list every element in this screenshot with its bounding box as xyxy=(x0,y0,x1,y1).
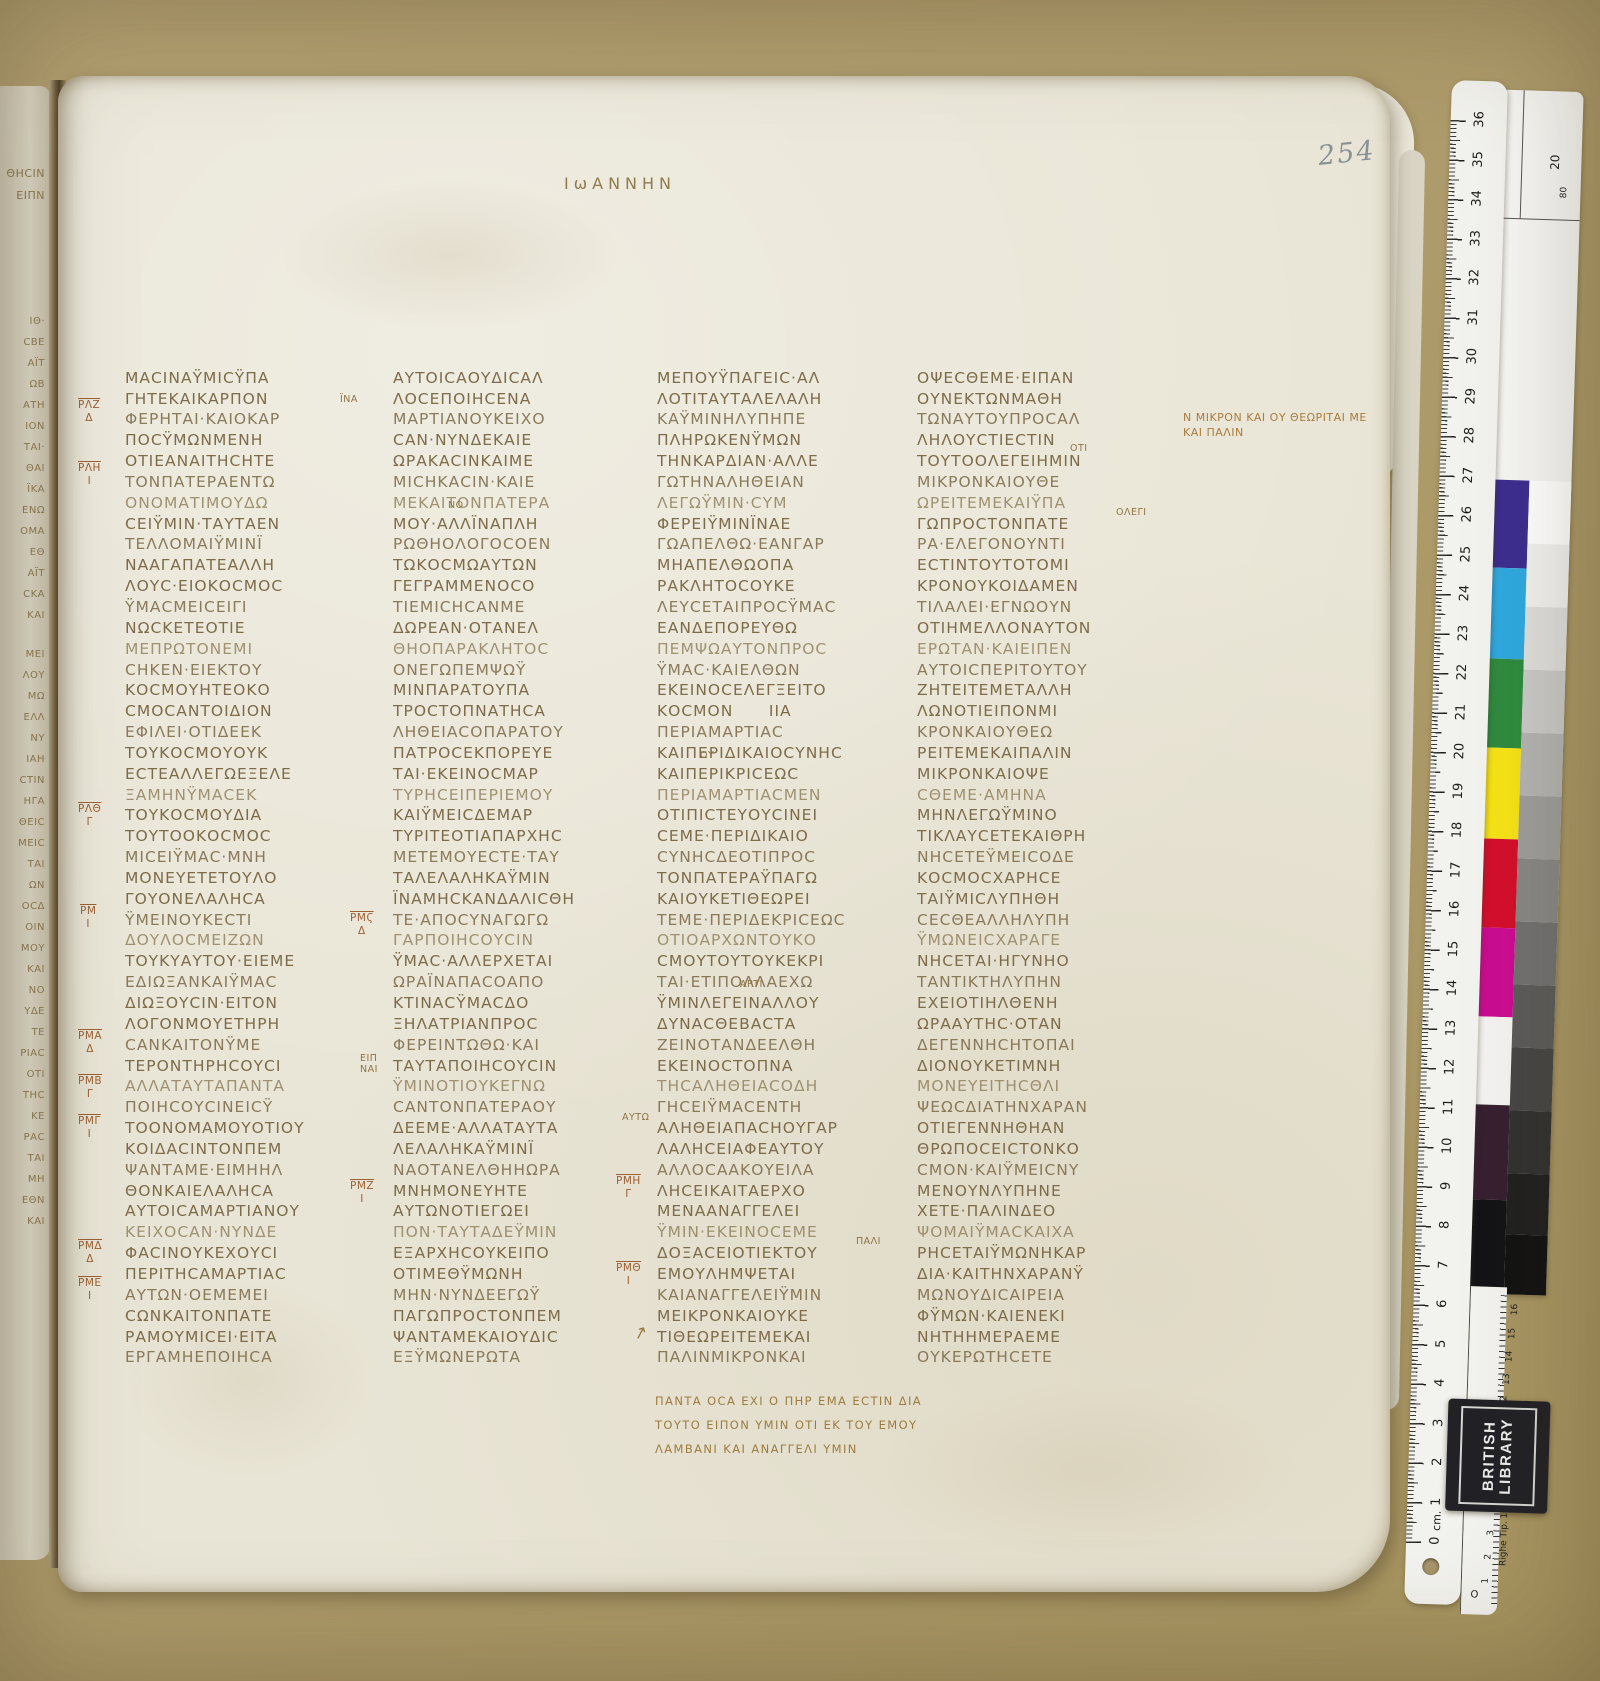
eusebian-section-number: ΡΜΑ Δ xyxy=(78,1030,102,1056)
text-line: ΟΥΝΕΚΤΩΝΜΑΘΗ xyxy=(917,389,1159,410)
text-line: ΜΟΥ·ΑΛΛΪΝΑΠΛΗ xyxy=(393,514,635,535)
text-line: ΟΤΙΟΑΡΧΩΝΤΟΥΚΟ xyxy=(657,930,899,951)
text-line: ΤΙΕΜΙϹΗϹΑΝΜΕ xyxy=(393,597,635,618)
facing-page-text-fragment: ΤΑΙ xyxy=(0,1154,45,1164)
facing-page-text-fragment: ΘΕΙϹ xyxy=(0,818,45,828)
text-line: ΞΑΜΗΝΫΜΑϹΕΚ xyxy=(125,785,367,806)
text-line: ΡΕΙΤΕΜΕΚΑΙΠΑΛΙΝ xyxy=(917,743,1159,764)
facing-page-text-fragment: ΜΗ xyxy=(0,1175,45,1185)
text-line: ΤΕΜΕ·ΠΕΡΙΔΕΚΡΙϹΕΩϹ xyxy=(657,910,899,931)
text-line: ΑΛΗΘΕΙΑΠΑϹΗΟΥΓΑΡ xyxy=(657,1118,899,1139)
text-line: ΚΟϹΜΟΥΗΤΕΟΚΟ xyxy=(125,680,367,701)
ruler-number: 30 xyxy=(1464,343,1480,369)
text-line: ΔΕΓΕΝΝΗϹΗΤΟΠΑΙ xyxy=(917,1035,1159,1056)
text-line: ΑΛΛΟϹΑΑΚΟΥΕΙΛΑ xyxy=(657,1160,899,1181)
ruler-number: 11 xyxy=(1441,1093,1457,1119)
ruler-number: 36 xyxy=(1472,106,1488,132)
text-line: ΟΝΕΓΩΠΕΜΨΩΫ xyxy=(393,660,635,681)
ruler-number: 13 xyxy=(1443,1014,1459,1040)
facing-page-text-fragment: ΚΑΙ xyxy=(0,1217,45,1227)
text-line: ΫΜΕΙΝΟΥΚΕϹΤΙ xyxy=(125,910,367,931)
scribal-correction: ΑΥΤΩ xyxy=(622,1112,649,1123)
ruler-number: 2 xyxy=(1430,1449,1446,1475)
eusebian-section-number: ΡΛΘ Γ xyxy=(78,803,101,829)
text-line: ΕΚΕΙΝΟϹΕΛΕΓΞΕΙΤΟ xyxy=(657,680,899,701)
eusebian-section-number: ΡΜϚ Δ xyxy=(350,912,374,938)
text-line: ΜΟΝΕΥΕΙΤΗϹΘΛΙ xyxy=(917,1076,1159,1097)
text-line: ΜΝΗΜΟΝΕΥΗΤΕ xyxy=(393,1181,635,1202)
text-line: ΫΜΙΝΟΤΙΟΥΚΕΓΝΩ xyxy=(393,1076,635,1097)
text-line: ΜΩΝΟΥΔΙϹΑΙΡΕΙΑ xyxy=(917,1285,1159,1306)
text-line: ΟΤΙΕΓΕΝΝΗΘΗΑΝ xyxy=(917,1118,1159,1139)
text-line: ΪΝΑΜΗϹΚΑΝΔΑΛΙϹΘΗ xyxy=(393,889,635,910)
ruler-number: 10 xyxy=(1440,1133,1456,1159)
facing-page-text-fragment: ΤΗϹ xyxy=(0,1091,45,1101)
ruler-number: 17 xyxy=(1448,856,1464,882)
eusebian-section-number: ΡΜΕ Ι xyxy=(78,1277,102,1303)
text-line: ΤΥΡΗϹΕΙΠΕΡΙΕΜΟΥ xyxy=(393,785,635,806)
facing-page-text-fragment: ΩΝ xyxy=(0,881,45,891)
text-line: ΛΗΛΟΥϹΤΙΕϹΤΙΝ xyxy=(917,430,1159,451)
scribal-correction: ΕΙΠ ΝΑΙ xyxy=(360,1053,378,1075)
text-line: ΤΟΥΚΥΑΥΤΟΥ·ΕΙΕΜΕ xyxy=(125,951,367,972)
text-line: ΛΗϹΕΙΚΑΙΤΑΕΡΧΟ xyxy=(657,1181,899,1202)
text-line: ΤΟΝΠΑΤΕΡΑΫΠΑΓΩ xyxy=(657,868,899,889)
text-line: ϹΗΚΕΝ·ΕΙΕΚΤΟΥ xyxy=(125,660,367,681)
text-line: ΓΩΑΠΕΛΘΩ·ΕΑΝΓΑΡ xyxy=(657,534,899,555)
text-line: ΜΕΝΑΑΝΑΓΓΕΛΕΙ xyxy=(657,1201,899,1222)
gray-step xyxy=(1522,670,1566,734)
facing-page-text-fragment: ΟΜΑ xyxy=(0,527,45,537)
text-line: ΝΗϹΕΤΑΙ·ΗΓΥΝΗΟ xyxy=(917,951,1159,972)
ruler-number: 15 xyxy=(1446,935,1462,961)
text-line: ΖΕΙΝΟΤΑΝΔΕΕΛΘΗ xyxy=(657,1035,899,1056)
text-line: ΡΩΘΗΟΛΟΓΟϹΟΕΝ xyxy=(393,534,635,555)
gray-step xyxy=(1512,984,1556,1048)
righe-scale-number: 14 xyxy=(1504,1351,1514,1363)
text-line: ΜΕΙΚΡΟΝΚΑΙΟΥΚΕ xyxy=(657,1306,899,1327)
text-line: ΚΤΙΝΑϹΫΜΑϹΔΟ xyxy=(393,993,635,1014)
facing-page-text-fragment: ΗΓΑ xyxy=(0,797,45,807)
text-line: ΤΕΡΟΝΤΗΡΗϹΟΥϹΙ xyxy=(125,1056,367,1077)
ruler-number: 19 xyxy=(1451,777,1467,803)
facing-page-text-fragment: ΙΘ· xyxy=(0,317,45,327)
text-column-3: ΜΕΠΟΥΫΠΑΓΕΙϹ·ΑΛΛΟΤΙΤΑΥΤΑΛΕΛΑΛΗΚΑΫΜΙΝΗΛΥΠ… xyxy=(657,326,899,1368)
facing-page-text-fragment: ΡΑϹ xyxy=(0,1133,45,1143)
facing-page-text-fragment: ϹΤΙΝ xyxy=(0,776,45,786)
facing-page-text-fragment: ΕΘΝ xyxy=(0,1196,45,1206)
ruler-number: 22 xyxy=(1455,659,1471,685)
text-line: ΛΟΓΟΝΜΟΥΕΤΗΡΗ xyxy=(125,1014,367,1035)
facing-page-text-fragment: ΪΚΑ xyxy=(0,485,45,495)
ruler-number: 25 xyxy=(1458,540,1474,566)
photographic-scale: 20 80 3635343332313029282726252423222120… xyxy=(1403,80,1600,1629)
text-line: ΘΟΝΚΑΙΕΛΑΛΗϹΑ xyxy=(125,1181,367,1202)
text-line: ΑΥΤΟΙϹΠΕΡΙΤΟΥΤΟΥ xyxy=(917,660,1159,681)
eusebian-section-number: ΡΜΖ Ι xyxy=(350,1180,374,1206)
eusebian-section-number: ΡΛΖ Δ xyxy=(78,399,100,425)
text-line: ϹΑΝΤΟΝΠΑΤΕΡΑΟΥ xyxy=(393,1097,635,1118)
text-line: ΚΟϹΜΟϹΧΑΡΗϹΕ xyxy=(917,868,1159,889)
righe-scale-number: 2 xyxy=(1483,1554,1493,1560)
text-line: ΤΩΝΑΥΤΟΥΠΡΟϹΑΛ xyxy=(917,409,1159,430)
scribal-correction: ΟΤΙ xyxy=(1070,443,1088,454)
gray-step xyxy=(1524,607,1568,671)
text-line: ΜΙΚΡΟΝΚΑΙΟΥΘΕ xyxy=(917,472,1159,493)
facing-page-text-fragment: ΟϹΔ xyxy=(0,902,45,912)
text-line: ΚΟΙΔΑϹΙΝΤΟΝΠΕΜ xyxy=(125,1139,367,1160)
facing-page-text-fragment: ΡΙΑϹ xyxy=(0,1049,45,1059)
text-line: ΠΕΡΙΤΗϹΑΜΑΡΤΙΑϹ xyxy=(125,1264,367,1285)
facing-page-text-fragment: ΝΥ xyxy=(0,734,45,744)
righe-scale-number: 1 xyxy=(1481,1578,1491,1584)
text-line: ϹΑΝΚΑΙΤΟΝΫΜΕ xyxy=(125,1035,367,1056)
ruler-number: 33 xyxy=(1468,225,1484,251)
facing-page-text-fragment: ΝΟ xyxy=(0,986,45,996)
text-line: ΕΦΙΛΕΙ·ΟΤΙΔΕΕΚ xyxy=(125,722,367,743)
text-line: ϹΩΝΚΑΙΤΟΝΠΑΤΕ xyxy=(125,1306,367,1327)
ruler-number: 18 xyxy=(1450,817,1466,843)
text-line: ΩΡΑΪΝΑΠΑϹΟΑΠΟ xyxy=(393,972,635,993)
text-line: ΝΑΟΤΑΝΕΛΘΗΗΩΡΑ xyxy=(393,1160,635,1181)
text-line: ΫΜΩΝΕΙϹΧΑΡΑΓΕ xyxy=(917,930,1159,951)
text-line: ΤΑΙ·ΕΤΙΠΟΛΛΑΕΧΩ xyxy=(657,972,899,993)
text-line: ΑΥΤΩΝ·ΟΕΜΕΜΕΙ xyxy=(125,1285,367,1306)
scribal-correction: ΑΡΤΙ xyxy=(740,979,763,990)
text-line: ΜΙΚΡΟΝΚΑΙΟΨΕ xyxy=(917,764,1159,785)
text-line: ΠΛΗΡΩΚΕΝΫΜΩΝ xyxy=(657,430,899,451)
text-line: ΠΟΙΗϹΟΥϹΙΝΕΙϹΫ xyxy=(125,1097,367,1118)
text-line: ΛΟϹΕΠΟΙΗϹΕΝΑ xyxy=(393,389,635,410)
text-line: ΚΡΟΝΟΥΚΟΙΔΑΜΕΝ xyxy=(917,576,1159,597)
text-line: ΫΜΙΝΛΕΓΕΙΝΑΛΛΟΥ xyxy=(657,993,899,1014)
text-line: ΝΑΑΓΑΠΑΤΕΑΛΛΗ xyxy=(125,555,367,576)
text-line: ΕΧΕΙΟΤΙΗΛΘΕΝΗ xyxy=(917,993,1159,1014)
gray-step xyxy=(1504,1234,1548,1295)
text-line: ΚΑΙΑΝΑΓΓΕΛΕΙΫΜΙΝ xyxy=(657,1285,899,1306)
gray-step xyxy=(1516,858,1560,922)
gray-step xyxy=(1506,1173,1550,1235)
text-line: ΓΗΤΕΚΑΙΚΑΡΠΟΝ xyxy=(125,389,367,410)
text-line: ΑΛΛΑΤΑΥΤΑΠΑΝΤΑ xyxy=(125,1076,367,1097)
facing-page-text-fragment: ΜΕΙ xyxy=(0,650,45,660)
gray-step xyxy=(1514,921,1558,985)
text-line: ΑΥΤΟΙϹΑΟΥΔΙϹΑΛ xyxy=(393,368,635,389)
text-line: ΜΙΝΠΑΡΑΤΟΥΠΑ xyxy=(393,680,635,701)
ruler-number: 29 xyxy=(1463,383,1479,409)
text-line: ΔΩΡΕΑΝ·ΟΤΑΝΕΛ xyxy=(393,618,635,639)
ruler-number: 35 xyxy=(1471,146,1487,172)
text-line: ΤΑΛΕΛΑΛΗΚΑΫΜΙΝ xyxy=(393,868,635,889)
text-line: ΓΩΤΗΝΑΛΗΘΕΙΑΝ xyxy=(657,472,899,493)
ruler-number: 21 xyxy=(1453,698,1469,724)
gray-step xyxy=(1508,1110,1552,1174)
text-line: ΤΟΟΝΟΜΑΜΟΥΟΤΙΟΥ xyxy=(125,1118,367,1139)
gray-step xyxy=(1520,733,1564,797)
text-line: ϹΕϹΘΕΑΛΛΗΛΥΠΗ xyxy=(917,910,1159,931)
facing-page-text-fragment: ΚΑΙ xyxy=(0,611,45,621)
gray-step xyxy=(1525,544,1569,608)
text-line: ΛΕΥϹΕΤΑΙΠΡΟϹΫΜΑϹ xyxy=(657,597,899,618)
facing-page-text-fragment: ΤΕ xyxy=(0,1028,45,1038)
text-line: ΝΗϹΕΤΕΫΜΕΙϹΟΔΕ xyxy=(917,847,1159,868)
text-line: ΖΗΤΕΙΤΕΜΕΤΑΛΛΗ xyxy=(917,680,1159,701)
text-line: ΤΟΥΤΟΟΚΟϹΜΟϹ xyxy=(125,826,367,847)
ruler-number: 8 xyxy=(1437,1212,1453,1238)
text-line: ϹΜΟϹΑΝΤΟΙΔΙΟΝ xyxy=(125,701,367,722)
facing-page-text-fragment: ΚΑΙ xyxy=(0,965,45,975)
righe-scale-number: 13 xyxy=(1502,1373,1512,1385)
running-title: ΙωΑΝΝΗΝ xyxy=(525,174,715,193)
text-line: ΔΥΝΑϹΘΕΒΑϹΤΑ xyxy=(657,1014,899,1035)
ruler-number: 23 xyxy=(1456,619,1472,645)
text-line: ΘΡΩΠΟϹΕΙϹΤΟΝΚΟ xyxy=(917,1139,1159,1160)
text-line: ΩΡΑΚΑϹΙΝΚΑΙΜΕ xyxy=(393,451,635,472)
text-line: ΤΥΡΙΤΕΟΤΙΑΠΑΡΧΗϹ xyxy=(393,826,635,847)
scribal-correction: ΟΛΕΓΙ xyxy=(1116,507,1147,518)
ruler-number: 0 xyxy=(1427,1527,1443,1553)
scribal-correction: ΝΟ xyxy=(448,500,464,511)
eusebian-section-number: ΡΜΗ Γ xyxy=(616,1175,641,1201)
righe-scale-number: 15 xyxy=(1507,1328,1517,1340)
facing-page-text-fragment: ΙΟΝ xyxy=(0,422,45,432)
facing-page-text-fragment: ΜΟΥ xyxy=(0,944,45,954)
text-line: ΟΨΕϹΘΕΜΕ·ΕΙΠΑΝ xyxy=(917,368,1159,389)
facing-page-text-fragment: ΩΒ xyxy=(0,380,45,390)
text-line: ΛΟΤΙΤΑΥΤΑΛΕΛΑΛΗ xyxy=(657,389,899,410)
text-line: ΜΑΡΤΙΑΝΟΥΚΕΙΧΟ xyxy=(393,409,635,430)
text-line: ΦΑϹΙΝΟΥΚΕΧΟΥϹΙ xyxy=(125,1243,367,1264)
facing-page-text-fragment: ΑΤΗ xyxy=(0,401,45,411)
text-line: ΚΑΙΠΕΡΙΚΡΙϹΕΩϹ xyxy=(657,764,899,785)
text-line: ΠΕΡΙΑΜΑΡΤΙΑϹΜΕΝ xyxy=(657,785,899,806)
text-line: ΛΟΥϹ·ΕΙΟΚΟϹΜΟϹ xyxy=(125,576,367,597)
text-line: ΤΑΙ·ΕΚΕΙΝΟϹΜΑΡ xyxy=(393,764,635,785)
text-line: ϹΕΜΕ·ΠΕΡΙΔΙΚΑΙΟ xyxy=(657,826,899,847)
facing-page-text-fragment: ΕΙΠΝ xyxy=(0,190,45,201)
text-line: ΤΟΥΤΟΟΛΕΓΕΙΗΜΙΝ xyxy=(917,451,1159,472)
text-line: ΫΜΑϹ·ΑΛΛΕΡΧΕΤΑΙ xyxy=(393,951,635,972)
text-line: ΕΡΓΑΜΗΕΠΟΙΗϹΑ xyxy=(125,1347,367,1368)
british-library-tab: BRITISH LIBRARY xyxy=(1445,1399,1550,1514)
righe-scale-number: 3 xyxy=(1486,1530,1496,1536)
facing-page-text-fragment: ΕΘ xyxy=(0,548,45,558)
eusebian-section-number: ΡΜΒ Γ xyxy=(78,1075,102,1101)
text-line: ΤΡΟϹΤΟΠΝΑΤΗϹΑ xyxy=(393,701,635,722)
text-line: ΕΞΑΡΧΗϹΟΥΚΕΙΠΟ xyxy=(393,1243,635,1264)
text-line: ΠΕΜΨΩΑΥΤΟΝΠΡΟϹ xyxy=(657,639,899,660)
ruler-number: 26 xyxy=(1459,501,1475,527)
text-line: ΧΕΤΕ·ΠΑΛΙΝΔΕΟ xyxy=(917,1201,1159,1222)
corrector-footnote: ΠΑΝΤΑ ΟϹΑ ΕΧΙ Ο ΠΗΡ ΕΜΑ ΕϹΤΙΝ ΔΙΑΤΟΥΤΟ Ε… xyxy=(655,1341,922,1461)
text-line: ΦΫΜΩΝ·ΚΑΙΕΝΕΚΙ xyxy=(917,1306,1159,1327)
manuscript-photo: { "folio_number": "254", "running_title"… xyxy=(0,0,1600,1681)
text-line: ΨΑΝΤΑΜΕ·ΕΙΜΗΗΛ xyxy=(125,1160,367,1181)
scribal-correction: ΪΝΑ xyxy=(340,394,358,405)
text-line: ΠΑΤΡΟϹΕΚΠΟΡΕΥΕ xyxy=(393,743,635,764)
text-line: ΜΗΑΠΕΛΘΩΟΠΑ xyxy=(657,555,899,576)
text-line: ΚΑΙΟΥΚΕΤΙΘΕΩΡΕΙ xyxy=(657,889,899,910)
facing-page-text-fragment: ΕΛΛ xyxy=(0,713,45,723)
text-line: ΛΗΘΕΙΑϹΟΠΑΡΑΤΟΥ xyxy=(393,722,635,743)
text-line: ΜΕΝΟΥΝΛΥΠΗΝΕ xyxy=(917,1181,1159,1202)
text-line: ΤΕΛΛΟΜΑΙΫΜΙΝΪ xyxy=(125,534,367,555)
facing-page-text-fragment: ΚΕ xyxy=(0,1112,45,1122)
text-line: ΠΕΡΙΑΜΑΡΤΙΑϹ xyxy=(657,722,899,743)
righe-scale-number: 16 xyxy=(1510,1304,1520,1316)
text-line: ΡΑΚΛΗΤΟϹΟΥΚΕ xyxy=(657,576,899,597)
text-line: ΜΟΝΕΥΕΤΕΤΟΥΛΟ xyxy=(125,868,367,889)
ruler-hole xyxy=(1422,1558,1440,1576)
marginal-note-line: ΚΑΙ ΠΑΛΙΝ xyxy=(1183,425,1367,440)
text-line: ΤΗϹΑΛΗΘΕΙΑϹΟΔΗ xyxy=(657,1076,899,1097)
text-line: ΕΜΟΥΛΗΜΨΕΤΑΙ xyxy=(657,1264,899,1285)
footnote-line: ΠΑΝΤΑ ΟϹΑ ΕΧΙ Ο ΠΗΡ ΕΜΑ ΕϹΤΙΝ ΔΙΑ xyxy=(655,1389,922,1413)
text-line: ΔΟΥΛΟϹΜΕΙΖΩΝ xyxy=(125,930,367,951)
text-line: ΚΑΫΜΙΝΗΛΥΠΗΠΕ xyxy=(657,409,899,430)
text-line: ΜΕΤΕΜΟΥΕϹΤΕ·ΤΑΥ xyxy=(393,847,635,868)
ruler-number: 5 xyxy=(1433,1330,1449,1356)
footnote-line: ΤΟΥΤΟ ΕΙΠΟΝ ΥΜΙΝ ΟΤΙ ΕΚ ΤΟΥ ΕΜΟΥ xyxy=(655,1413,922,1437)
ruler-number: 20 xyxy=(1452,738,1468,764)
text-line: ΠΟϹΫΜΩΝΜΕΝΗ xyxy=(125,430,367,451)
text-line: ϹΑΝ·ΝΥΝΔΕΚΑΙΕ xyxy=(393,430,635,451)
text-line: ΨΟΜΑΙΫΜΑϹΚΑΙΧΑ xyxy=(917,1222,1159,1243)
text-line: ΟΝΟΜΑΤΙΜΟΥΔΩ xyxy=(125,493,367,514)
facing-page-text-fragment: ϹΒΕ xyxy=(0,338,45,348)
text-line: ΔΕΕΜΕ·ΑΛΛΑΤΑΥΤΑ xyxy=(393,1118,635,1139)
facing-page-text-fragment: ΟΙΝ xyxy=(0,923,45,933)
text-line: ΟΤΙΕΑΝΑΙΤΗϹΗΤΕ xyxy=(125,451,367,472)
text-line: ΟΥΚΕΡΩΤΗϹΕΤΕ xyxy=(917,1347,1159,1368)
facing-page-text-fragment: ΑΪΤ xyxy=(0,359,45,369)
text-line: ΤΟΝΠΑΤΕΡΑΕΝΤΩ xyxy=(125,472,367,493)
text-column-2: ΑΥΤΟΙϹΑΟΥΔΙϹΑΛΛΟϹΕΠΟΙΗϹΕΝΑΜΑΡΤΙΑΝΟΥΚΕΙΧΟ… xyxy=(393,326,635,1368)
facing-page-text-fragment: ΙΑΗ xyxy=(0,755,45,765)
eusebian-section-number: ΡΜΓ Ι xyxy=(78,1115,101,1141)
text-line: ΑΥΤΩΝΟΤΙΕΓΩΕΙ xyxy=(393,1201,635,1222)
text-line: ΤΑΥΤΑΠΟΙΗϹΟΥϹΙΝ xyxy=(393,1056,635,1077)
text-line: ΜΗΝΛΕΓΩΫΜΙΝΟ xyxy=(917,805,1159,826)
text-line: ϹΥΝΗϹΔΕΟΤΙΠΡΟϹ xyxy=(657,847,899,868)
text-line: ΕϹΤΕΑΛΛΕΓΩΕΞΕΛΕ xyxy=(125,764,367,785)
text-line: ϹΕΙΫΜΙΝ·ΤΑΥΤΑΕΝ xyxy=(125,514,367,535)
text-line: ΠΑΓΩΠΡΟϹΤΟΝΠΕΜ xyxy=(393,1306,635,1327)
text-line: ΟΤΙΜΕΘΫΜΩΝΗ xyxy=(393,1264,635,1285)
text-line: ΕϹΤΙΝΤΟΥΤΟΤΟΜΙ xyxy=(917,555,1159,576)
footnote-line: ΛΑΜΒΑΝΙ ΚΑΙ ΑΝΑΓΓΕΛΙ ΥΜΙΝ xyxy=(655,1437,922,1461)
ruler-number: 34 xyxy=(1469,185,1485,211)
text-line: ΕΑΝΔΕΠΟΡΕΥΘΩ xyxy=(657,618,899,639)
gray-step xyxy=(1518,795,1562,859)
text-line: ϹΜΟΥΤΟΥΤΟΥΚΕΚΡΙ xyxy=(657,951,899,972)
text-line: ΡΗϹΕΤΑΙΫΜΩΝΗΚΑΡ xyxy=(917,1243,1159,1264)
text-line: ΤΟΥΚΟϹΜΟΥΔΙΑ xyxy=(125,805,367,826)
eusebian-section-number: ΡΜ Ι xyxy=(80,905,96,931)
ruler-number: 7 xyxy=(1436,1251,1452,1277)
text-line: ΛΑΛΗϹΕΙΑΦΕΑΥΤΟΥ xyxy=(657,1139,899,1160)
text-line: ΓΟΥΟΝΕΛΑΛΗϹΑ xyxy=(125,889,367,910)
text-line: ΕΔΙΩΞΑΝΚΑΙΫΜΑϹ xyxy=(125,972,367,993)
text-line: ΘΗΟΠΑΡΑΚΛΗΤΟϹ xyxy=(393,639,635,660)
ruler-number: 9 xyxy=(1438,1172,1454,1198)
text-line: ΤΙΛΑΛΕΙ·ΕΓΝΩΟΥΝ xyxy=(917,597,1159,618)
ruler-number: 27 xyxy=(1461,461,1477,487)
text-line: ΟΤΙΠΙϹΤΕΥΟΥϹΙΝΕΙ xyxy=(657,805,899,826)
text-line: ΜΗΝ·ΝΥΝΔΕΕΓΩΫ xyxy=(393,1285,635,1306)
ruler-number: 4 xyxy=(1432,1370,1448,1396)
scribal-correction: ΠΑΛΙ xyxy=(856,1236,881,1247)
library-label-line: LIBRARY xyxy=(1497,1418,1516,1495)
text-line: ΜΕΠΡΩΤΟΝΕΜΙ xyxy=(125,639,367,660)
facing-page-text-fragment: ΤΑΙ· xyxy=(0,443,45,453)
text-line: ΕΚΕΙΝΟϹΤΟΠΝΑ xyxy=(657,1056,899,1077)
marginal-note: Ν ΜΙΚΡΟΝ ΚΑΙ ΟΥ ΘΕΩΡΙΤΑΙ ΜΕ ΚΑΙ ΠΑΛΙΝ xyxy=(1183,410,1367,440)
facing-page-text-fragment: ΕΝΩ xyxy=(0,506,45,516)
text-line: ΤΑΝΤΙΚΤΗΛΥΠΗΝ xyxy=(917,972,1159,993)
british-library-label: BRITISH LIBRARY xyxy=(1458,1406,1537,1506)
text-line: ΨΑΝΤΑΜΕΚΑΙΟΥΔΙϹ xyxy=(393,1327,635,1348)
text-line: ΚΟϹΜΟΝ ΙΙΑ xyxy=(657,701,899,722)
text-line: ΕΡΩΤΑΝ·ΚΑΙΕΙΠΕΝ xyxy=(917,639,1159,660)
facing-page-text-fragment: ϹΚΑ xyxy=(0,590,45,600)
ruler-number: 32 xyxy=(1467,264,1483,290)
text-line: ΡΑΜΟΥΜΙϹΕΙ·ΕΙΤΑ xyxy=(125,1327,367,1348)
folio-number-pencil: 254 xyxy=(1317,135,1377,172)
text-line: ΦΕΡΗΤΑΙ·ΚΑΙΟΚΑΡ xyxy=(125,409,367,430)
text-line: ΚΡΟΝΚΑΙΟΥΘΕΩ xyxy=(917,722,1159,743)
gray-step xyxy=(1510,1047,1554,1111)
text-line: ΤΙΚΛΑΥϹΕΤΕΚΑΙΘΡΗ xyxy=(917,826,1159,847)
text-line: ΔΙΑ·ΚΑΙΤΗΝΧΑΡΑΝΫ xyxy=(917,1264,1159,1285)
text-line: ΦΕΡΕΙΫΜΙΝΪΝΑΕ xyxy=(657,514,899,535)
text-line: ΟΤΙΗΜΕΛΛΟΝΑΥΤΟΝ xyxy=(917,618,1159,639)
text-line: ϹΜΟΝ·ΚΑΙΫΜΕΙϹΝΥ xyxy=(917,1160,1159,1181)
ruler-number: 14 xyxy=(1445,975,1461,1001)
text-line: ΕΞΫΜΩΝΕΡΩΤΑ xyxy=(393,1347,635,1368)
text-line: ΛΕΛΑΛΗΚΑΫΜΙΝΪ xyxy=(393,1139,635,1160)
text-line: ΜΑϹΙΝΑΫΜΙϹΫΠΑ xyxy=(125,368,367,389)
text-line: ΦΕΡΕΙΝΤΩΘΩ·ΚΑΙ xyxy=(393,1035,635,1056)
text-line: ΚΑΙΠΕΡΙΔΙΚΑΙΟϹΥΝΗϹ xyxy=(657,743,899,764)
ruler-number: 28 xyxy=(1462,422,1478,448)
facing-page-text-fragment: ΥΔΕ xyxy=(0,1007,45,1017)
text-line: ΓΕΓΡΑΜΜΕΝΟϹΟ xyxy=(393,576,635,597)
facing-page-text-fragment: ΤΑΙ xyxy=(0,860,45,870)
text-line: ΤΟΥΚΟϹΜΟΥΟΥΚ xyxy=(125,743,367,764)
text-line: ΤΩΚΟϹΜΩΑΥΤΩΝ xyxy=(393,555,635,576)
eusebian-section-number: ΡΜΔ Δ xyxy=(78,1240,102,1266)
ruler-unit-label: cm. xyxy=(1430,1510,1444,1531)
ruler-number: 16 xyxy=(1447,896,1463,922)
text-line: ϹΘΕΜΕ·ΑΜΗΝΑ xyxy=(917,785,1159,806)
text-line: ΔΙΩΞΟΥϹΙΝ·ΕΙΤΟΝ xyxy=(125,993,367,1014)
gray-step xyxy=(1527,481,1571,545)
text-line: ΜΙϹΕΙΫΜΑϹ·ΜΝΗ xyxy=(125,847,367,868)
ruler-number: 31 xyxy=(1466,304,1482,330)
facing-page-text-fragment: ΑΪΤ xyxy=(0,569,45,579)
ruler-number: 3 xyxy=(1431,1409,1447,1435)
text-line: ΞΗΛΑΤΡΙΑΝΠΡΟϹ xyxy=(393,1014,635,1035)
text-line: ΡΑ·ΕΛΕΓΟΝΟΥΝΤΙ xyxy=(917,534,1159,555)
text-line: ΝΩϹΚΕΤΕΟΤΙΕ xyxy=(125,618,367,639)
text-line: ΛΕΓΩΫΜΙΝ·ϹΥΜ xyxy=(657,493,899,514)
text-column-1: ΜΑϹΙΝΑΫΜΙϹΫΠΑΓΗΤΕΚΑΙΚΑΡΠΟΝΦΕΡΗΤΑΙ·ΚΑΙΟΚΑ… xyxy=(125,326,367,1368)
text-line: ΚΕΙΧΟϹΑΝ·ΝΥΝΔΕ xyxy=(125,1222,367,1243)
text-line: ΜΕΚΑΙΤΟΝΠΑΤΕΡΑ xyxy=(393,493,635,514)
text-line: ΨΕΩϹΔΙΑΤΗΝΧΑΡΑΝ xyxy=(917,1097,1159,1118)
text-line: ΔΙΟΝΟΥΚΕΤΙΜΝΗ xyxy=(917,1056,1159,1077)
